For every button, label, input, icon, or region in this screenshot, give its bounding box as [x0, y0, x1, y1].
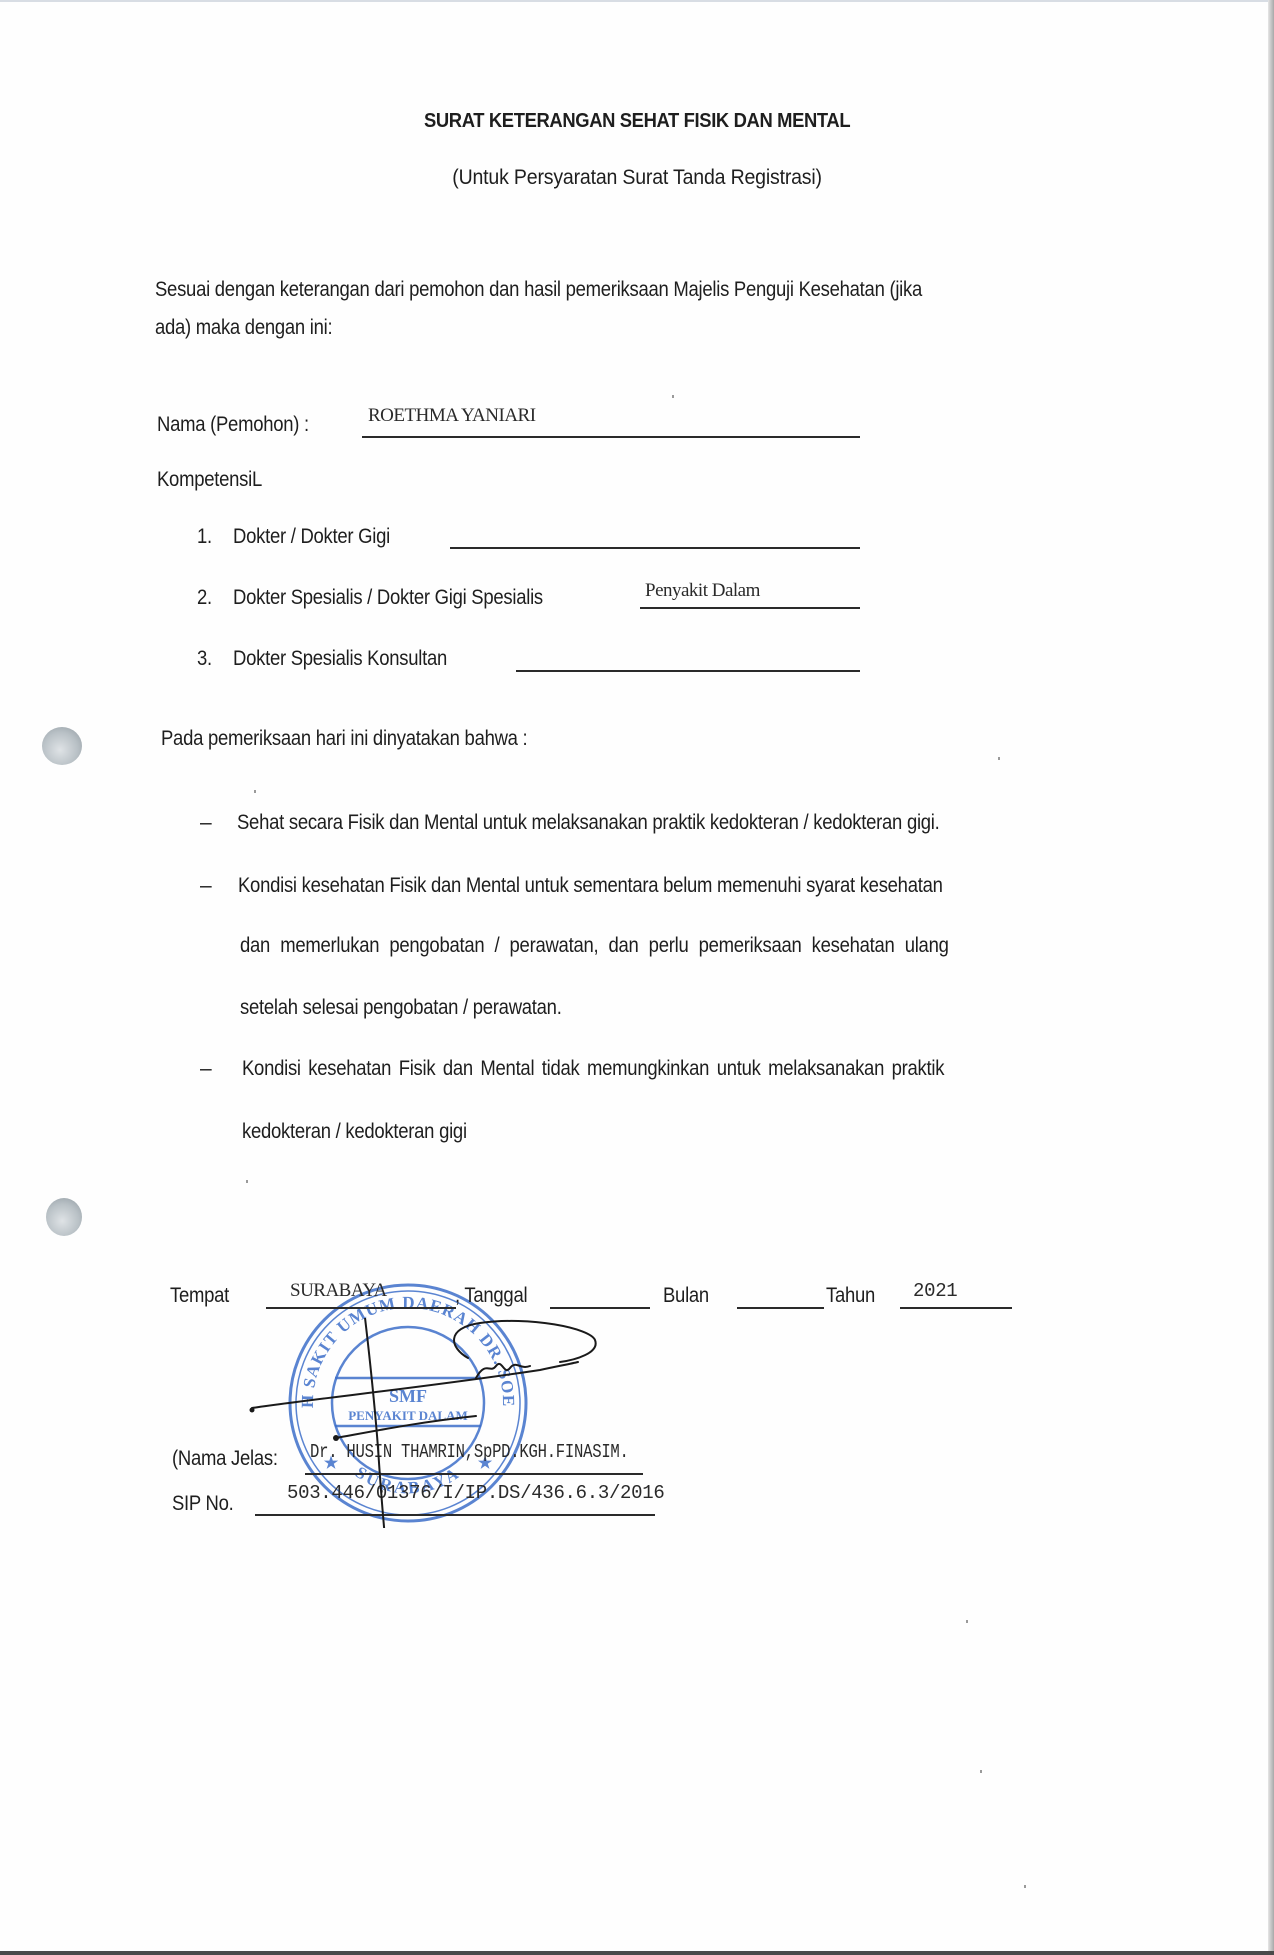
scan-speck [998, 757, 1000, 760]
statement-2-line2: dan memerlukan pengobatan / perawatan, d… [240, 934, 949, 958]
applicant-name-value: ROETHMA YANIARI [368, 405, 536, 427]
scanned-page: SURAT KETERANGAN SEHAT FISIK DAN MENTAL … [0, 0, 1274, 1955]
month-label: Bulan [663, 1284, 709, 1308]
document-title: SURAT KETERANGAN SEHAT FISIK DAN MENTAL [51, 110, 1223, 133]
place-label: Tempat [170, 1284, 229, 1308]
competence-item-3-number: 3. [197, 647, 212, 671]
scan-edge-right [1268, 0, 1274, 1955]
scan-speck [254, 790, 256, 793]
statement-2-line1: Kondisi kesehatan Fisik dan Mental untuk… [238, 874, 943, 898]
handwritten-signature [240, 1318, 600, 1528]
competence-item-1-label: Dokter / Dokter Gigi [233, 525, 390, 549]
applicant-name-line [362, 436, 860, 438]
statement-3-line1: Kondisi kesehatan Fisik dan Mental tidak… [242, 1057, 944, 1081]
scan-speck [246, 1180, 248, 1183]
document-subtitle: (Untuk Persyaratan Surat Tanda Registras… [45, 166, 1230, 190]
place-line [266, 1307, 456, 1309]
year-line [900, 1307, 1012, 1309]
date-label: , Tanggal [455, 1284, 527, 1308]
statement-1-dash: – [200, 811, 211, 835]
competence-item-2-value: Penyakit Dalam [645, 580, 760, 602]
scan-speck [672, 395, 674, 398]
scan-edge-bottom [0, 1951, 1274, 1955]
year-value: 2021 [913, 1280, 957, 1302]
competence-item-3-label: Dokter Spesialis Konsultan [233, 647, 447, 671]
statement-3-dash: – [200, 1057, 211, 1081]
competence-item-2-line [640, 607, 860, 609]
competence-item-2-label: Dokter Spesialis / Dokter Gigi Spesialis [233, 586, 543, 610]
statement-2-line3: setelah selesai pengobatan / perawatan. [240, 996, 562, 1020]
competence-item-2-number: 2. [197, 586, 212, 610]
scan-speck [1024, 1885, 1026, 1888]
intro-text-line1: Sesuai dengan keterangan dari pemohon da… [155, 278, 922, 302]
statement-2-dash: – [200, 874, 211, 898]
sip-label: SIP No. [172, 1492, 234, 1516]
scan-speck [980, 1770, 982, 1773]
punch-hole-icon [46, 1198, 82, 1236]
competence-item-1-number: 1. [197, 525, 212, 549]
date-line [550, 1307, 650, 1309]
intro-text-line2: ada) maka dengan ini: [155, 316, 332, 340]
competence-item-1-line [450, 547, 860, 549]
month-line [737, 1307, 824, 1309]
statement-1-line1: Sehat secara Fisik dan Mental untuk mela… [237, 811, 940, 835]
scan-speck [966, 1620, 968, 1623]
punch-hole-icon [42, 727, 82, 765]
year-label: Tahun [826, 1284, 875, 1308]
competence-label: KompetensiL [157, 468, 262, 492]
applicant-label: Nama (Pemohon) : [157, 413, 309, 437]
place-value: SURABAYA [290, 1280, 387, 1302]
scan-edge-top [0, 0, 1274, 2]
statement-3-line2: kedokteran / kedokteran gigi [242, 1120, 467, 1144]
statement-intro: Pada pemeriksaan hari ini dinyatakan bah… [161, 727, 527, 751]
competence-item-3-line [516, 670, 860, 672]
